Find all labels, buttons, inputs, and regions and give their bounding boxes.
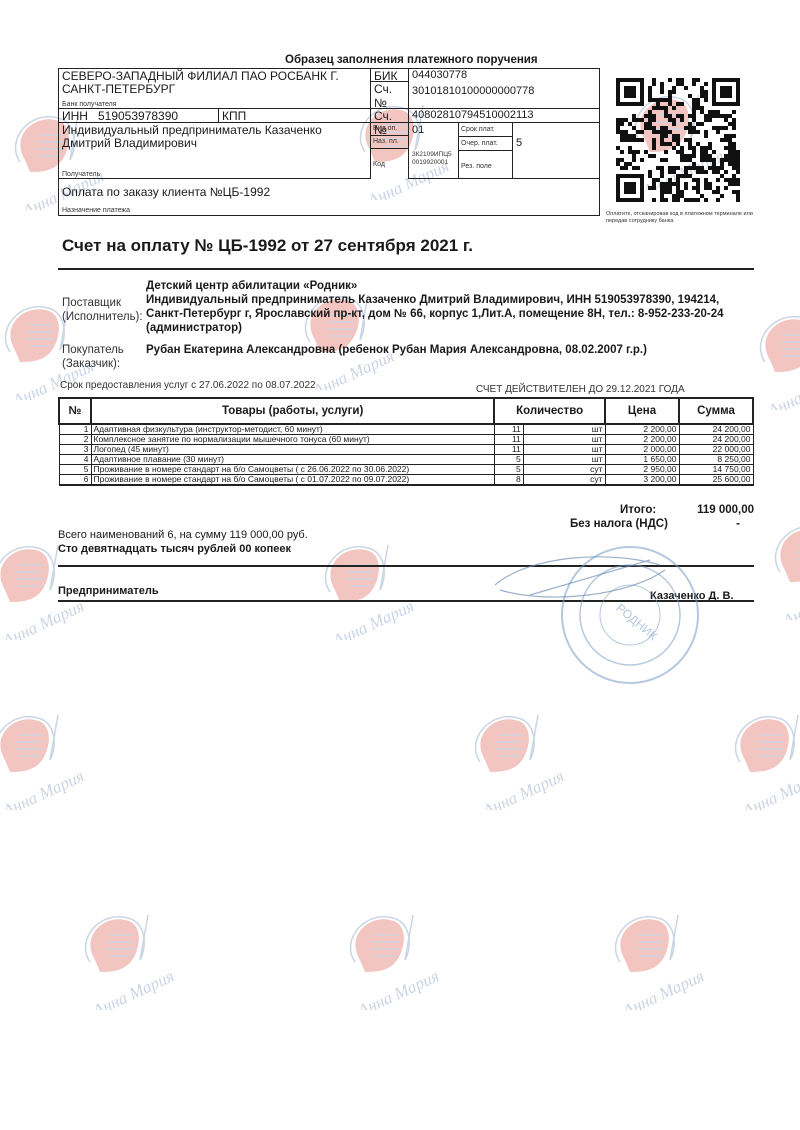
signature-scribble [490,545,670,615]
corr-account-label: Сч. № [371,82,409,109]
bank-details-block: СЕВЕРО-ЗАПАДНЫЙ ФИЛИАЛ ПАО РОСБАНК Г. СА… [58,68,600,216]
supplier-line-4: (администратор) [146,321,766,335]
inn-value: 519053978390 [98,109,178,123]
recipient-name: Индивидуальный предприниматель Казаченко… [59,123,370,151]
supplier-details: Детский центр абилитации «Родник» Индиви… [146,279,766,335]
watermark-logo: Анна Мария [70,900,190,1010]
row-num: 2 [59,435,91,445]
row-qty: 8 [494,475,523,486]
bank-name-cell: СЕВЕРО-ЗАПАДНЫЙ ФИЛИАЛ ПАО РОСБАНК Г. СА… [59,69,371,109]
svg-text:Анна Мария: Анна Мария [89,966,177,1010]
watermark-logo: Анна Мария [310,530,430,640]
watermark-logo: Анна Мария [335,900,455,1010]
buyer-details: Рубан Екатерина Александровна (ребенок Р… [146,343,766,357]
bank-name: СЕВЕРО-ЗАПАДНЫЙ ФИЛИАЛ ПАО РОСБАНК Г. СА… [59,69,370,97]
kpp-cell: КПП [219,109,371,123]
row-num: 1 [59,424,91,435]
recipient-cell: Индивидуальный предприниматель Казаченко… [59,123,371,179]
watermark-logo: Анна Мария [0,700,100,810]
account-value: 40802810794510002113 [409,109,599,123]
total-label: Итого: [620,504,656,516]
row-price: 3 200,00 [605,475,679,486]
invoice-title: Счет на оплату № ЦБ-1992 от 27 сентября … [62,236,473,256]
table-row: 4Адаптивное плавание (30 минут)5шт1 650,… [59,455,753,465]
row-item: Адаптивное плавание (30 минут) [91,455,494,465]
svg-text:Анна Мария: Анна Мария [779,576,800,620]
pay-term-label: Срок плат. [459,123,513,137]
table-row: 3Логопед (45 минут)11шт2 000,0022 000,00 [59,445,753,455]
row-unit: сут [523,475,605,486]
row-num: 4 [59,455,91,465]
row-price: 2 200,00 [605,424,679,435]
payment-purpose: Оплата по заказу клиента №ЦБ-1992 [59,179,599,199]
payment-purpose-cell: Оплата по заказу клиента №ЦБ-1992 Назнач… [59,179,599,215]
table-row: 5Проживание в номере стандарт на б/о Сам… [59,465,753,475]
row-item: Комплексное занятие по нормализации мыше… [91,435,494,445]
svg-text:Анна Мария: Анна Мария [354,966,442,1010]
title-divider [58,268,754,270]
bik-value: 044030778 [409,69,599,82]
items-table: № Товары (работы, услуги) Количество Цен… [58,397,754,486]
vat-value: - [700,518,740,530]
row-sum: 22 000,00 [679,445,753,455]
kpp-label: КПП [222,109,246,123]
row-price: 1 650,00 [605,455,679,465]
svg-text:Анна Мария: Анна Мария [764,366,800,410]
row-sum: 8 250,00 [679,455,753,465]
row-qty: 5 [494,455,523,465]
svg-text:Анна Мария: Анна Мария [479,766,567,810]
col-num: № [59,398,91,424]
account-label: Сч. № [371,109,409,123]
buyer-label: Покупатель (Заказчик): [62,343,142,371]
row-item: Логопед (45 минут) [91,445,494,455]
row-qty: 11 [494,445,523,455]
vat-label: Без налога (НДС) [570,518,668,530]
op-type-label: Вид оп. [371,123,409,136]
payment-purpose-label: Назначение платежа [62,207,130,214]
watermark-logo: Анна Мария [460,700,580,810]
valid-until: СЧЕТ ДЕЙСТВИТЕЛЕН ДО 29.12.2021 ГОДА [476,384,685,395]
row-unit: шт [523,424,605,435]
code-value: 3К2109ИПЦ5 0019920001 [412,151,452,167]
total-in-words: Сто девятнадцать тысяч рублей 00 копеек [58,543,291,555]
row-num: 6 [59,475,91,486]
col-sum: Сумма [679,398,753,424]
col-price: Цена [605,398,679,424]
svg-text:Анна Мария: Анна Мария [739,766,800,810]
row-sum: 14 750,00 [679,465,753,475]
table-row: 6Проживание в номере стандарт на б/о Сам… [59,475,753,486]
watermark-logo: Анна Мария [600,900,720,1010]
row-price: 2 200,00 [605,435,679,445]
row-qty: 11 [494,424,523,435]
supplier-line-1: Детский центр абилитации «Родник» [146,279,766,293]
row-item: Проживание в номере стандарт на б/о Само… [91,475,494,486]
inn-label: ИНН [62,109,88,123]
row-unit: шт [523,445,605,455]
col-qty: Количество [494,398,605,424]
supplier-line-2: Индивидуальный предприниматель Казаченко… [146,293,766,307]
row-sum: 24 200,00 [679,424,753,435]
op-type-value: 01 3К2109ИПЦ5 0019920001 [409,123,459,179]
row-sum: 24 200,00 [679,435,753,445]
bik-label: БИК [371,69,409,82]
table-row: 1Адаптивная физкультура (инструктор-мето… [59,424,753,435]
row-sum: 25 600,00 [679,475,753,486]
corr-account-value: 30101810100000000778 [409,82,599,109]
supplier-label: Поставщик (Исполнитель): [62,296,142,324]
row-num: 3 [59,445,91,455]
watermark-logo: Анна Мария [760,510,800,620]
inn-cell: ИНН 519053978390 [59,109,219,123]
row-item: Адаптивная физкультура (инструктор-метод… [91,424,494,435]
row-unit: шт [523,435,605,445]
svg-text:Анна Мария: Анна Мария [619,966,707,1010]
recipient-label: Получатель [62,171,100,178]
col-item: Товары (работы, услуги) [91,398,494,424]
service-period: Срок предоставления услуг с 27.06.2022 п… [60,380,316,391]
total-value: 119 000,00 [666,504,754,516]
row-unit: сут [523,465,605,475]
priority-value: 5 [513,123,599,179]
row-unit: шт [523,455,605,465]
svg-text:Анна Мария: Анна Мария [329,596,417,640]
priority-label: Очер. плат. [459,137,513,151]
bank-label: Банк получателя [62,101,117,108]
qr-code [616,78,740,202]
qr-caption: Оплатите, отсканировав код в платежном т… [606,211,756,225]
table-row: 2Комплексное занятие по нормализации мыш… [59,435,753,445]
row-item: Проживание в номере стандарт на б/о Само… [91,465,494,475]
purpose-code-label: Наз. пл. [371,136,409,149]
row-qty: 5 [494,465,523,475]
svg-text:Анна Мария: Анна Мария [0,596,87,640]
row-qty: 11 [494,435,523,445]
row-price: 2 950,00 [605,465,679,475]
reserved-label: Рез. поле [459,151,513,179]
watermark-logo: Анна Мария [720,700,800,810]
items-count-sum: Всего наименований 6, на сумму 119 000,0… [58,529,308,541]
code-label: Код [371,149,409,179]
row-price: 2 000,00 [605,445,679,455]
payment-order-title: Образец заполнения платежного поручения [285,54,538,66]
op-type: 01 [412,124,458,136]
signer-role: Предприниматель [58,585,159,597]
svg-text:Анна Мария: Анна Мария [0,766,87,810]
row-num: 5 [59,465,91,475]
supplier-line-3: Санкт-Петербург г, Ярославский пр-кт, до… [146,307,766,321]
